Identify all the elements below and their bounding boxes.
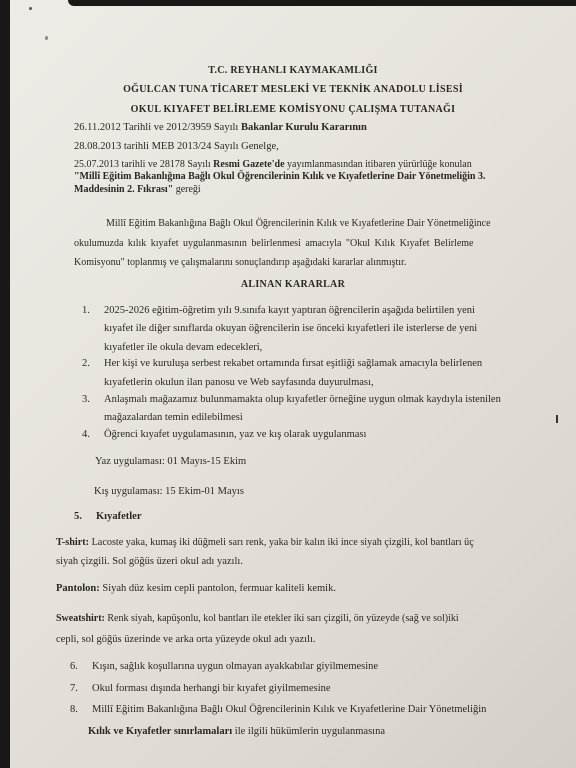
clothing-heading: 5.Kıyafetler: [74, 510, 141, 524]
sweatshirt-description: Sweatshirt: Renk siyah, kapüşonlu, kol b…: [56, 612, 459, 626]
intro-line-1: Millî Eğitim Bakanlığına Bağlı Okul Öğre…: [106, 217, 491, 231]
document-page: T.C. REYHANLI KAYMAKAMLIĞI OĞULCAN TUNA …: [10, 0, 576, 768]
decision-4: 4.Öğrenci kıyafet uygulamasının, yaz ve …: [82, 428, 366, 442]
header-line-1: T.C. REYHANLI KAYMAKAMLIĞI: [10, 64, 576, 78]
decision-1-line-3: kıyafetler ile okula devam edecekleri,: [104, 341, 262, 355]
document-title: OKUL KIYAFET BELİRLEME KOMİSYONU ÇALIŞMA…: [10, 103, 576, 117]
decision-2: 2.Her kişi ve kuruluşa serbest rekabet o…: [82, 357, 482, 371]
tshirt-description: T-shirt: Lacoste yaka, kumaş iki düğmeli…: [56, 536, 474, 550]
decision-2-line-2: kıyafetlerin okulun ilan panosu ve Web s…: [104, 376, 374, 390]
decision-1: 1.2025-2026 eğitim-öğretim yılı 9.sınıfa…: [82, 304, 475, 318]
decision-6: 6.Kışın, sağlık koşullarına uygun olmaya…: [70, 660, 378, 674]
tshirt-description-line-2: siyah çizgili. Sol göğüs üzeri okul adı …: [56, 555, 243, 569]
decision-8-line-2: Kılık ve Kıyafetler sınırlamaları ile il…: [88, 725, 385, 739]
reference-3-line-3: Maddesinin 2. Fıkrası" gereği: [74, 183, 201, 197]
decision-1-line-2: kıyafet ile diğer sınıflarda okuyan öğre…: [104, 322, 477, 336]
header-line-2: OĞULCAN TUNA TİCARET MESLEKİ VE TEKNİK A…: [10, 83, 576, 97]
decision-8: 8.Millî Eğitim Bakanlığına Bağlı Okul Öğ…: [70, 703, 486, 717]
decision-7: 7.Okul forması dışında herhangi bir kıya…: [70, 682, 331, 696]
paper-speck: [29, 7, 32, 10]
intro-line-3: Komisyonu" toplanmış ve çalışmalarını so…: [74, 256, 406, 270]
pants-description: Pantolon: Siyah düz kesim cepli pantolon…: [56, 582, 336, 596]
summer-period: Yaz uygulaması: 01 Mayıs-15 Ekim: [95, 455, 246, 469]
dark-background-edge: [68, 0, 576, 6]
reference-1: 26.11.2012 Tarihli ve 2012/3959 Sayılı B…: [74, 121, 367, 135]
decisions-title: ALINAN KARARLAR: [10, 278, 576, 292]
intro-line-2: okulumuzda kılık kıyafet uygulanmasının …: [74, 237, 473, 251]
reference-3-line-2: "Millî Eğitim Bakanlığına Bağlı Okul Öğr…: [74, 170, 485, 184]
reference-2: 28.08.2013 tarihli MEB 2013/24 Sayılı Ge…: [74, 140, 279, 154]
paper-mark: [45, 36, 48, 40]
winter-period: Kış uygulaması: 15 Ekim-01 Mayıs: [94, 485, 244, 499]
paper-mark: [556, 415, 558, 423]
decision-3-line-2: mağazalardan temin edilebilmesi: [104, 411, 243, 425]
decision-3: 3.Anlaşmalı mağazamız bulunmamakta olup …: [82, 393, 501, 407]
sweatshirt-description-line-2: cepli, sol göğüs üzerinde ve arka orta y…: [56, 633, 316, 647]
